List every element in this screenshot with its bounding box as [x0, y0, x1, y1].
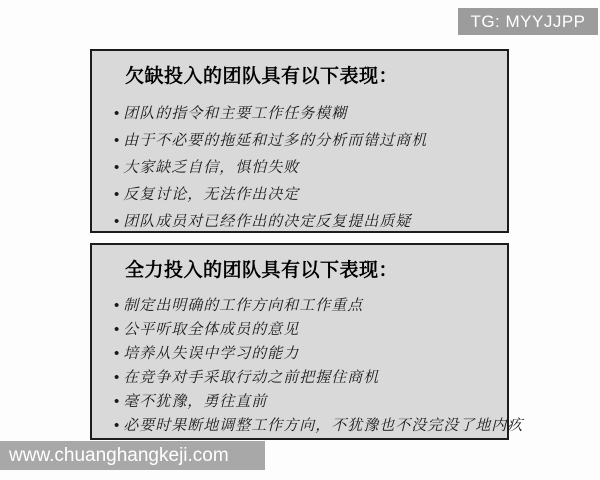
watermark-url: www.chuanghangkeji.com	[0, 441, 265, 470]
bullet-item: 在竞争对手采取行动之前把握住商机	[114, 366, 497, 390]
bullet-item: 反复讨论，无法作出决定	[114, 181, 497, 208]
bullet-item: 大家缺乏自信，惧怕失败	[114, 154, 497, 181]
bullet-item: 必要时果断地调整工作方向，不犹豫也不没完没了地内疚	[114, 414, 497, 438]
telegram-badge: TG: MYYJJPP	[458, 8, 598, 35]
bullet-item: 公平听取全体成员的意见	[114, 318, 497, 342]
bullet-item: 培养从失误中学习的能力	[114, 342, 497, 366]
bullet-item: 制定出明确的工作方向和工作重点	[114, 294, 497, 318]
panel-title: 全力投入的团队具有以下表现：	[125, 255, 507, 282]
panel-full-commitment: 全力投入的团队具有以下表现： 制定出明确的工作方向和工作重点 公平听取全体成员的…	[90, 243, 509, 440]
bullet-list: 团队的指令和主要工作任务模糊 由于不必要的拖延和过多的分析而错过商机 大家缺乏自…	[92, 100, 507, 235]
panel-lacking-commitment: 欠缺投入的团队具有以下表现： 团队的指令和主要工作任务模糊 由于不必要的拖延和过…	[90, 49, 509, 233]
panel-title: 欠缺投入的团队具有以下表现：	[125, 61, 507, 88]
bullet-item: 由于不必要的拖延和过多的分析而错过商机	[114, 127, 497, 154]
bullet-item: 团队的指令和主要工作任务模糊	[114, 100, 497, 127]
slide-page: TG: MYYJJPP 欠缺投入的团队具有以下表现： 团队的指令和主要工作任务模…	[0, 0, 600, 480]
bullet-item: 团队成员对已经作出的决定反复提出质疑	[114, 208, 497, 235]
bullet-list: 制定出明确的工作方向和工作重点 公平听取全体成员的意见 培养从失误中学习的能力 …	[92, 294, 507, 438]
bullet-item: 毫不犹豫，勇往直前	[114, 390, 497, 414]
